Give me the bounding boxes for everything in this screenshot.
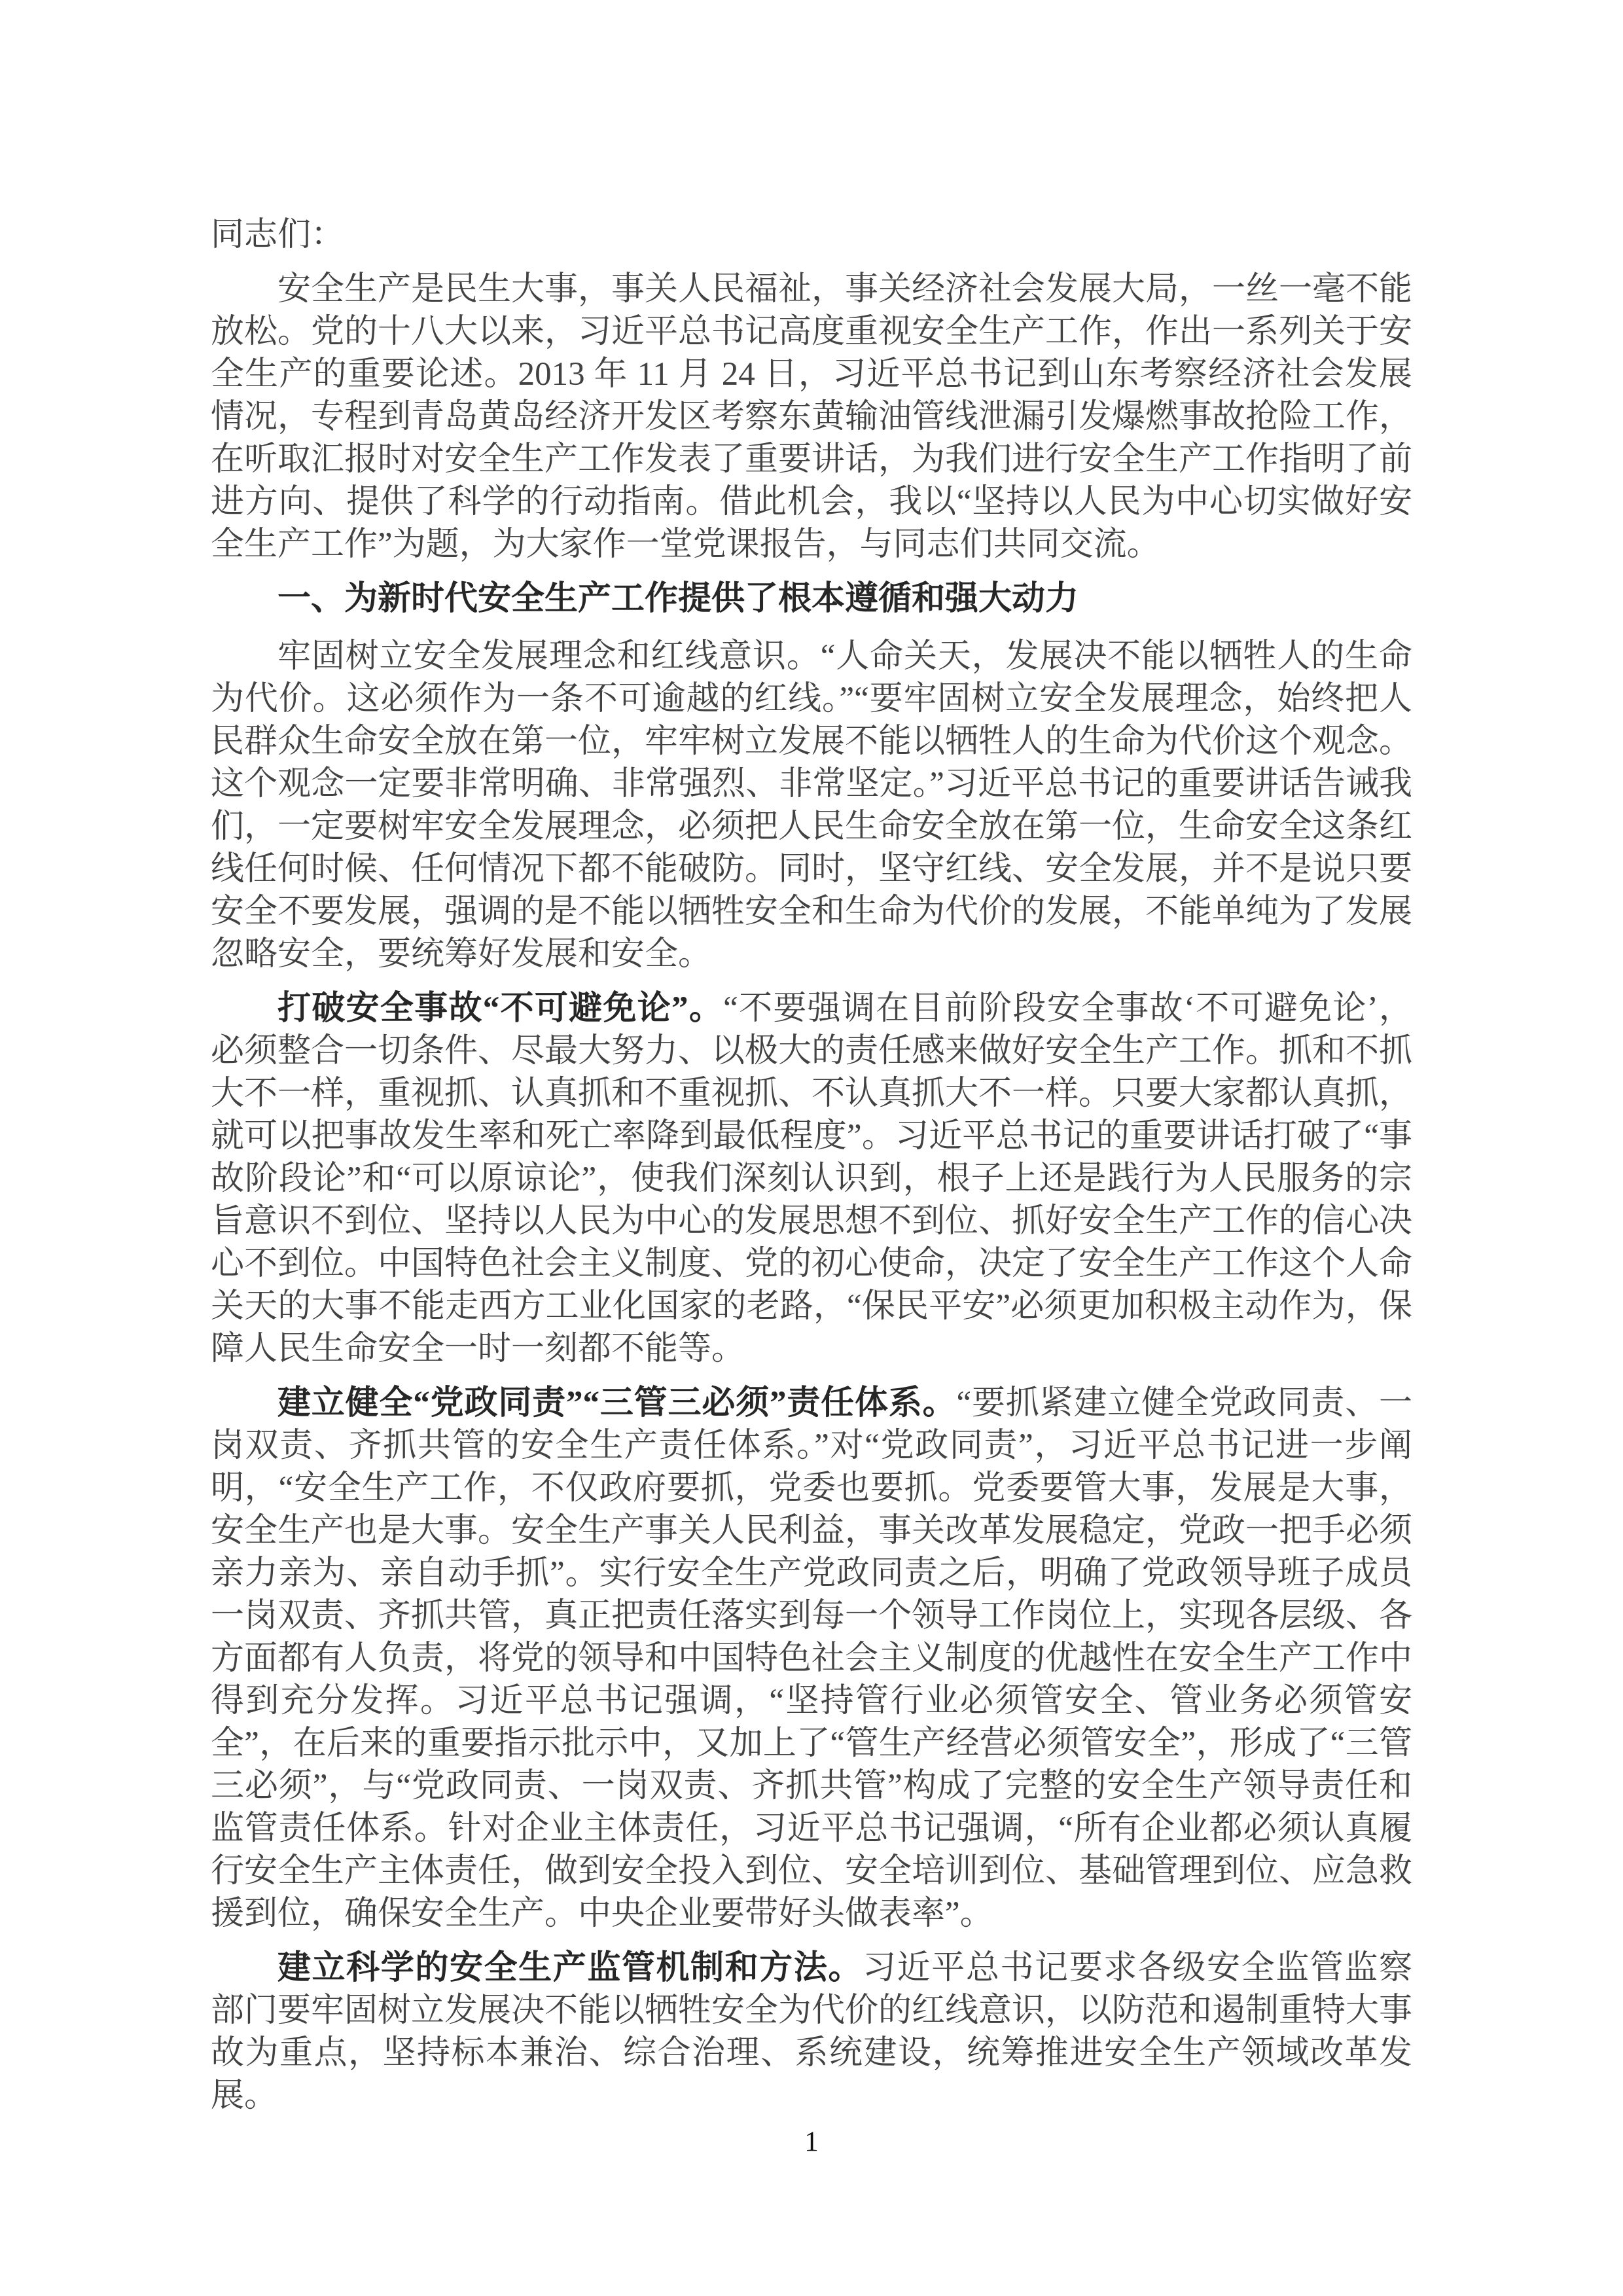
- paragraph-lead: 建立科学的安全生产监管机制和方法。: [277, 1950, 863, 1986]
- paragraph-text: “不要强调在目前阶段安全事故‘不可避免论’，必须整合一切条件、尽最大努力、以极大…: [211, 990, 1412, 1367]
- paragraph-intro: 安全生产是民生大事，事关人民福祉，事关经济社会发展大局，一丝一毫不能放松。党的十…: [211, 268, 1412, 566]
- paragraph-lead: 打破安全事故“不可避免论”。: [277, 990, 723, 1027]
- paragraph-text: 牢固树立安全发展理念和红线意识。“人命关天，发展决不能以牺牲人的生命为代价。这必…: [211, 638, 1412, 973]
- paragraph-text: 安全生产是民生大事，事关人民福祉，事关经济社会发展大局，一丝一毫不能放松。党的十…: [211, 271, 1412, 563]
- paragraph-text: “要抓紧建立健全党政同责、一岗双责、齐抓共管的安全生产责任体系。”对“党政同责”…: [211, 1385, 1412, 1932]
- page-number: 1: [0, 2126, 1623, 2158]
- paragraph-red-line: 牢固树立安全发展理念和红线意识。“人命关天，发展决不能以牺牲人的生命为代价。这必…: [211, 636, 1412, 976]
- document-page: 同志们： 安全生产是民生大事，事关人民福祉，事关经济社会发展大局，一丝一毫不能放…: [0, 0, 1623, 2296]
- salutation: 同志们：: [211, 214, 1412, 257]
- document-body: 同志们： 安全生产是民生大事，事关人民福祉，事关经济社会发展大局，一丝一毫不能放…: [211, 214, 1412, 2117]
- paragraph-supervision-mechanism: 建立科学的安全生产监管机制和方法。习近平总书记要求各级安全监管监察部门要牢固树立…: [211, 1947, 1412, 2117]
- paragraph-lead: 建立健全“党政同责”“三管三必须”责任体系。: [277, 1385, 957, 1422]
- section-heading-1: 一、为新时代安全生产工作提供了根本遵循和强大动力: [211, 578, 1412, 620]
- paragraph-inevitability-theory: 打破安全事故“不可避免论”。“不要强调在目前阶段安全事故‘不可避免论’，必须整合…: [211, 988, 1412, 1371]
- paragraph-responsibility-system: 建立健全“党政同责”“三管三必须”责任体系。“要抓紧建立健全党政同责、一岗双责、…: [211, 1382, 1412, 1935]
